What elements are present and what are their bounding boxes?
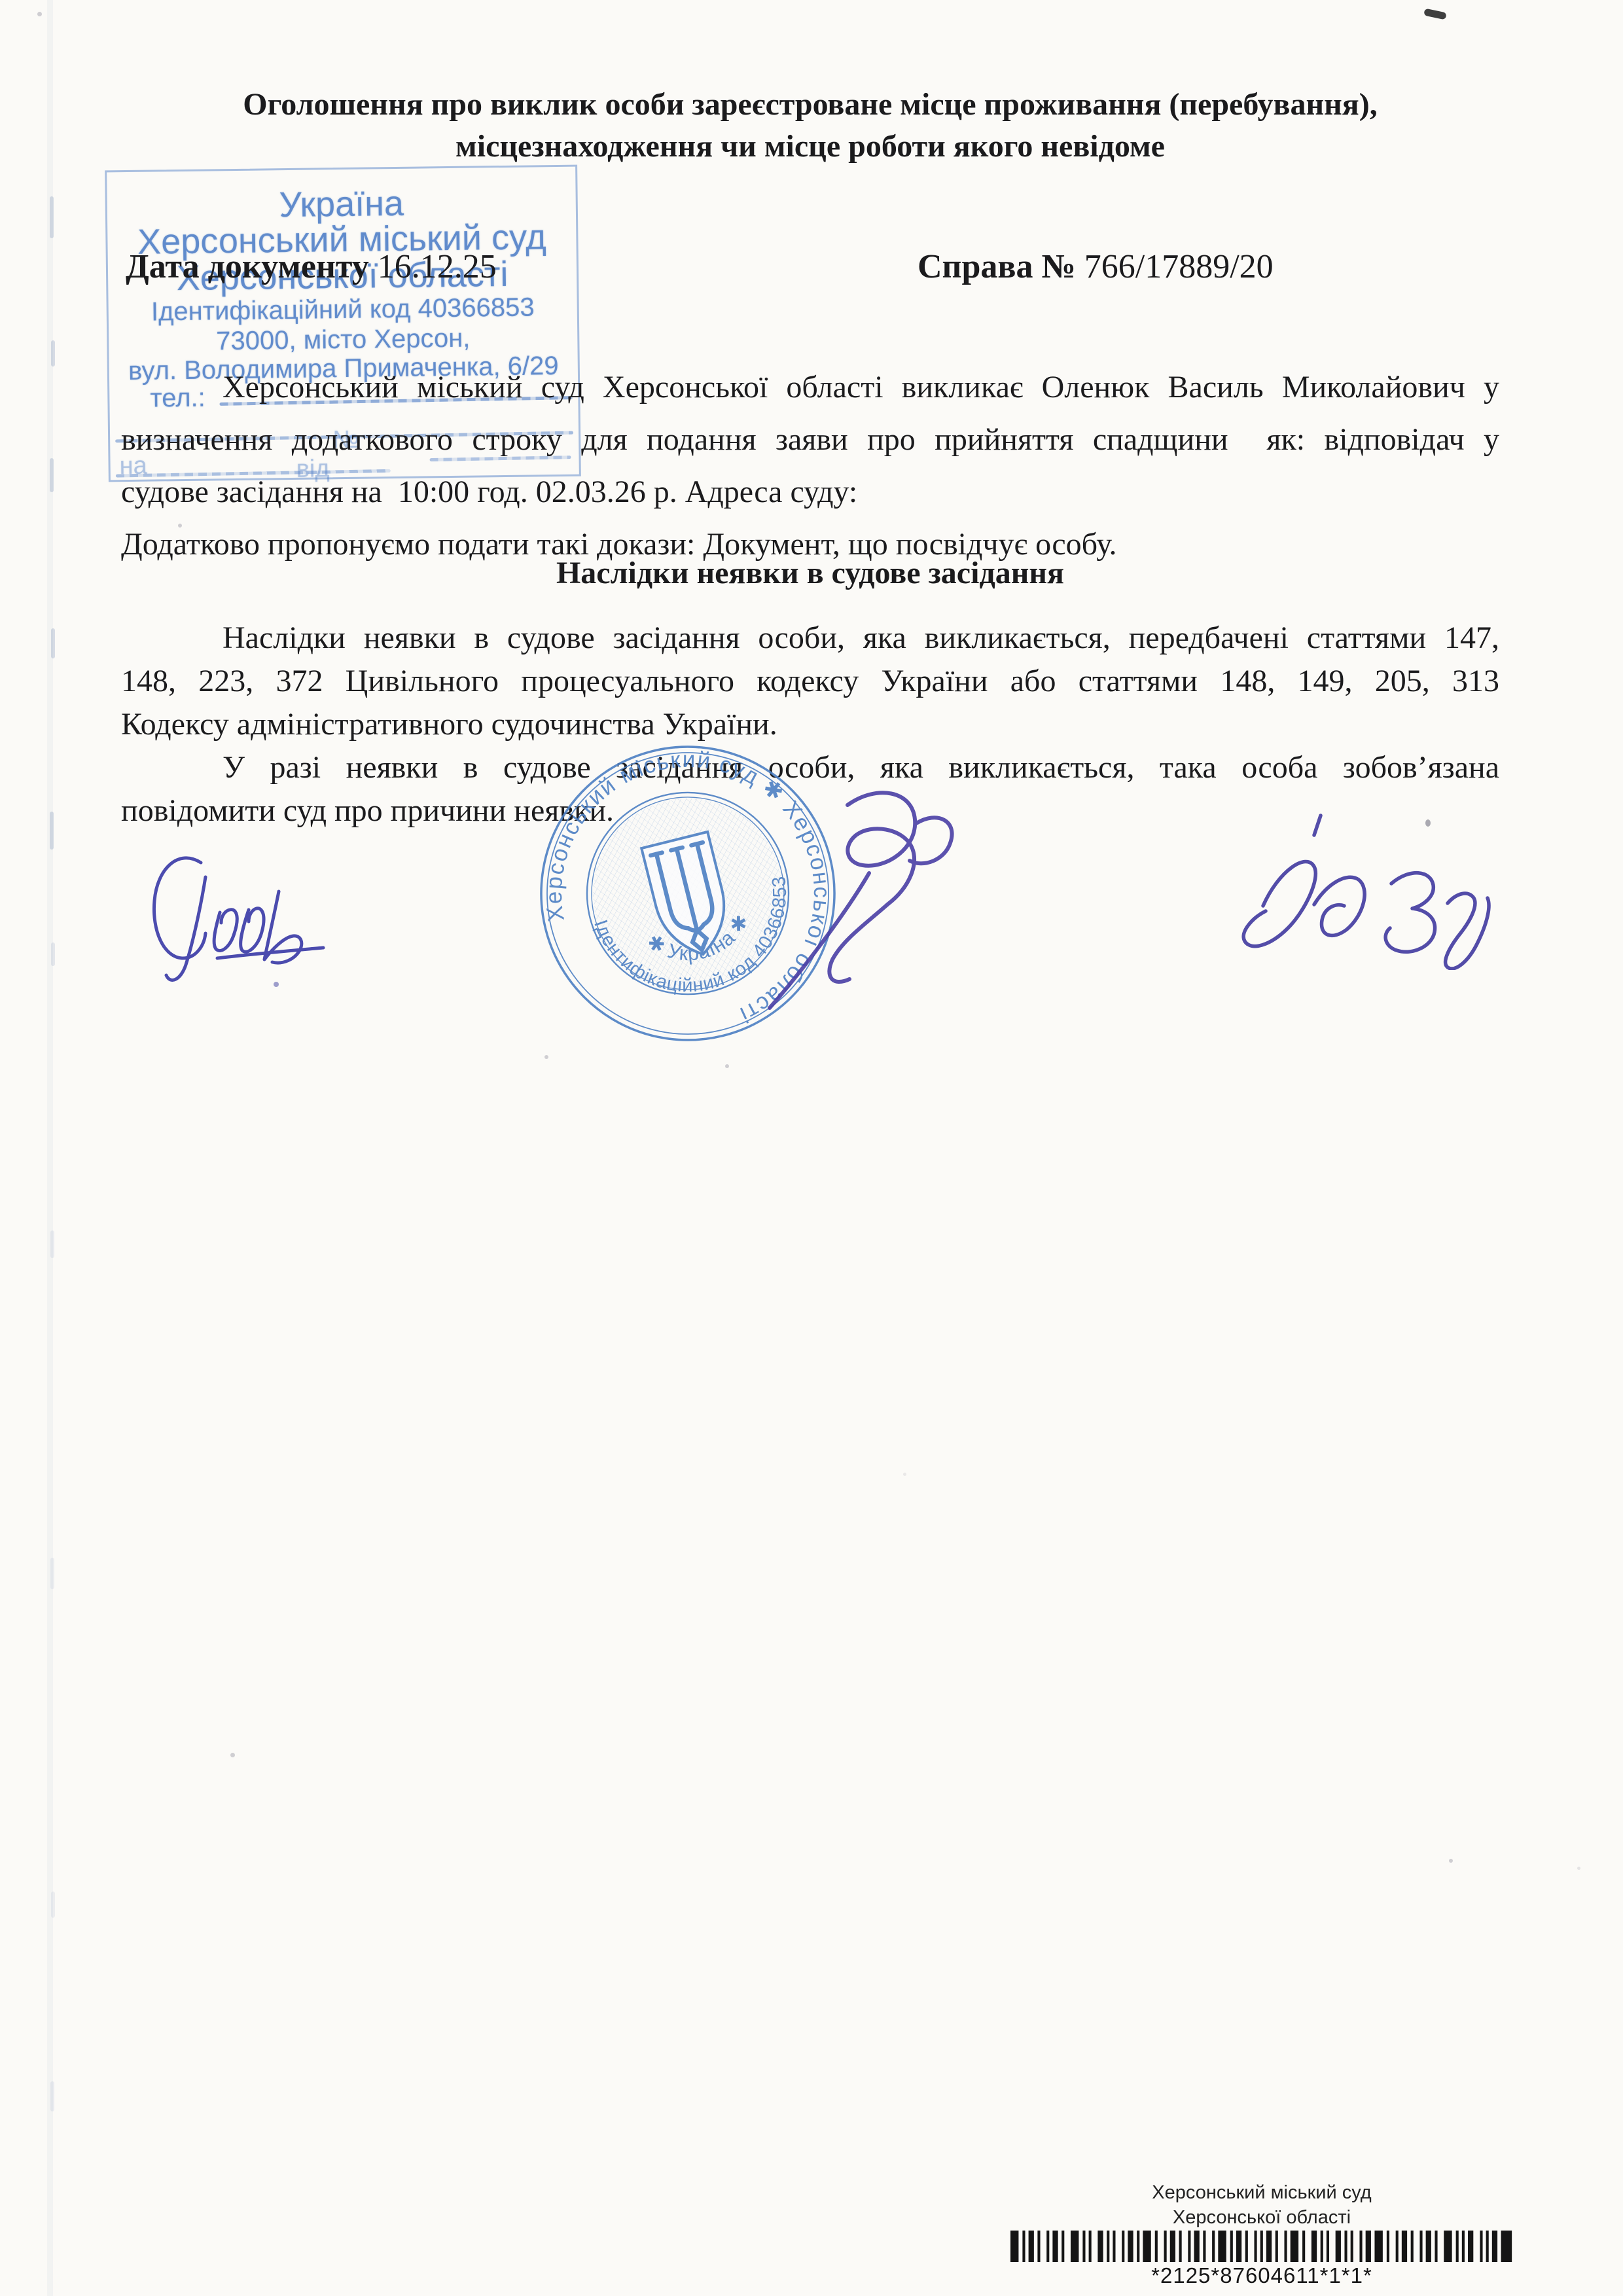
scan-speck — [1449, 1859, 1453, 1863]
stamp-id-code: Ідентифікаційний код 40366853 — [109, 293, 577, 328]
section-heading: Наслідки неявки в судове засідання — [121, 555, 1499, 591]
case-label: Справа № — [918, 248, 1076, 285]
signature-right — [1198, 806, 1505, 970]
scan-dash — [50, 1558, 54, 1589]
document-date: Дата документу 16.12.25 — [126, 247, 497, 286]
scan-dash — [50, 1230, 54, 1258]
paragraph2-line2: 148, 223, 372 Цивільного процесуального … — [121, 660, 1499, 703]
case-value: 766/17889/20 — [1076, 248, 1274, 285]
signature-over-seal — [720, 783, 1001, 1025]
barcode — [1010, 2231, 1513, 2262]
document-title: Оголошення про виклик особи зареєстрован… — [121, 84, 1499, 168]
scan-speck — [230, 1753, 235, 1757]
document-title-line1: Оголошення про виклик особи зареєстрован… — [121, 84, 1499, 126]
date-label: Дата документу — [126, 248, 369, 285]
case-number: Справа № 766/17889/20 — [918, 247, 1274, 286]
scan-dash — [50, 2081, 54, 2111]
paragraph1: Херсонський міський суд Херсонської обла… — [121, 361, 1499, 571]
scan-dash — [51, 340, 55, 367]
paragraph1-line2: визначення додаткового строку для поданн… — [121, 414, 1499, 466]
scanned-court-document-page: Оголошення про виклик особи зареєстрован… — [0, 0, 1623, 2296]
paragraph2-line3: Кодексу адміністративного судочинства Ук… — [121, 703, 1499, 746]
scan-speck — [725, 1064, 729, 1068]
date-value: 16.12.25 — [369, 248, 497, 285]
paragraph1-line3: судове засідання на 10:00 год. 02.03.26 … — [121, 466, 1499, 518]
barcode-text: *2125*87604611*1*1* — [1010, 2263, 1513, 2288]
signature-left — [139, 829, 348, 986]
scan-speck — [1577, 1867, 1580, 1870]
scan-speck — [544, 1055, 548, 1059]
scan-speck — [903, 1473, 906, 1476]
scan-speck — [37, 12, 42, 16]
scan-dash — [51, 628, 55, 658]
paragraph1-line1: Херсонський міський суд Херсонської обла… — [121, 361, 1499, 414]
scan-dash — [51, 1892, 55, 1918]
scan-dash — [51, 942, 55, 966]
document-title-line2: місцезнаходження чи місце роботи якого н… — [121, 126, 1499, 168]
scan-mark — [1423, 9, 1447, 20]
footer-court-line2: Херсонської області — [1010, 2207, 1513, 2229]
footer-court-line1: Херсонський міський суд — [1010, 2182, 1513, 2204]
scan-dash — [50, 458, 54, 492]
paragraph2-line1: Наслідки неявки в судове засідання особи… — [121, 617, 1499, 660]
scan-dash — [50, 812, 54, 850]
scan-dash — [50, 196, 54, 238]
